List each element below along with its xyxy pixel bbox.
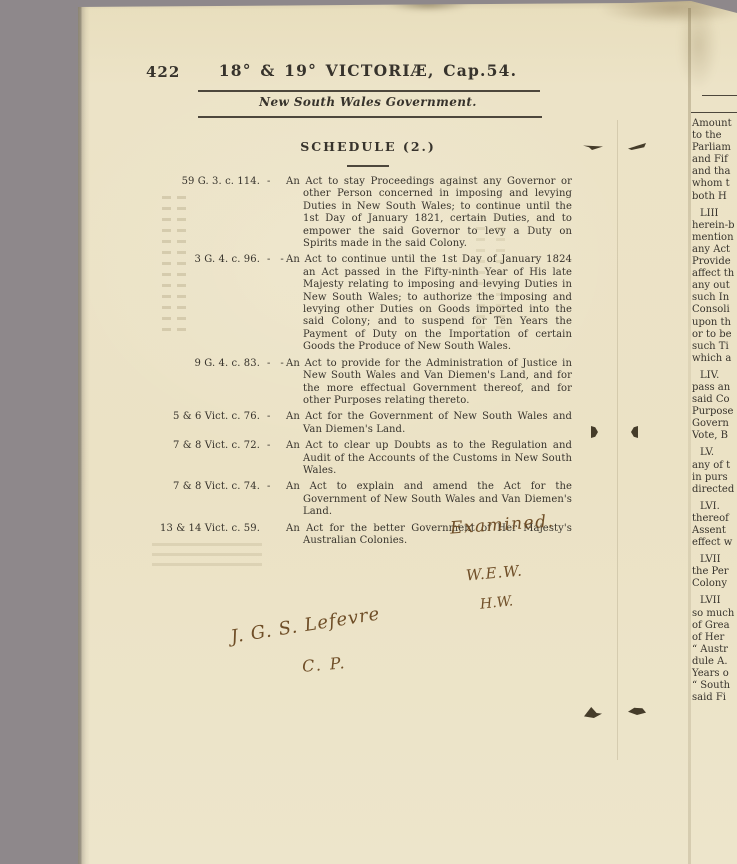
adjacent-page-line: such Ti [692, 341, 737, 353]
handwritten-initials: W.E.W. [465, 562, 523, 585]
act-citation: 7 & 8 Vict. c. 74. [158, 481, 260, 518]
adjacent-page-line: “ South [692, 680, 737, 692]
act-description: An Act to clear up Doubts as to the Regu… [286, 440, 572, 477]
adjacent-page-line: mention [692, 232, 737, 244]
horizontal-rule [691, 112, 737, 113]
handwritten-signature-title: C. P. [301, 653, 347, 676]
adjacent-page-paragraph: LVI.thereofAssenteffect w [692, 501, 737, 549]
adjacent-page-line: of Grea [692, 620, 737, 632]
adjacent-page-line: LV. [692, 447, 737, 459]
adjacent-page-line: pass an [692, 382, 737, 394]
citation-dash: - [260, 411, 286, 436]
handwritten-initials: H.W. [479, 593, 514, 612]
adjacent-page-line: LIV. [692, 370, 737, 382]
document-page: 422 18° & 19° VICTORIÆ, Cap.54. New Sout… [78, 0, 737, 864]
adjacent-page-line: any Act [692, 244, 737, 256]
adjacent-page-line: LVII [692, 554, 737, 566]
top-edge-smudge [386, 0, 470, 11]
act-citation: 5 & 6 Vict. c. 76. [158, 411, 260, 436]
act-citation: 9 G. 4. c. 83. [158, 358, 260, 408]
adjacent-page-line: said Fi [692, 692, 737, 704]
running-title: 18° & 19° VICTORIÆ, Cap.54. [219, 61, 517, 80]
adjacent-page-line: so much [692, 608, 737, 620]
running-subtitle: New South Wales Government. [188, 95, 548, 109]
fold-shadow-smudge [678, 0, 718, 90]
adjacent-page-line: directed [692, 484, 737, 496]
adjacent-page-line: “ Austr [692, 644, 737, 656]
adjacent-page-line: both H [692, 191, 737, 203]
masthead: 18° & 19° VICTORIÆ, Cap.54. [188, 61, 548, 80]
adjacent-page-line: any out [692, 280, 737, 292]
scanned-document: { "page": { "page_number": "422", "runni… [0, 0, 737, 864]
adjacent-page-paragraph: LVIIthe PerColony [692, 554, 737, 590]
adjacent-page-line: LVI. [692, 501, 737, 513]
handwritten-signature: J. G. S. Lefevre [229, 603, 381, 647]
adjacent-page-paragraph: LVIIso muchof Greaof Her“ Austrdule A.Ye… [692, 595, 737, 704]
citation-dash [260, 523, 286, 548]
act-citation: 7 & 8 Vict. c. 72. [158, 440, 260, 477]
schedule-entry: 7 & 8 Vict. c. 72. - An Act to clear up … [158, 440, 572, 477]
act-description: An Act to provide for the Administration… [286, 358, 572, 408]
adjacent-page-paragraph: LIIIherein-bmentionany ActProvideaffect … [692, 208, 737, 365]
horizontal-rule [198, 116, 542, 118]
adjacent-page-line: Consoli [692, 304, 737, 316]
schedule-entry: 5 & 6 Vict. c. 76. - An Act for the Gove… [158, 411, 572, 436]
top-edge-smudge [598, 0, 737, 24]
act-description: An Act to continue until the 1st Day of … [286, 254, 572, 353]
adjacent-page-line: effect w [692, 537, 737, 549]
schedule-entry: 9 G. 4. c. 83. - - An Act to provide for… [158, 358, 572, 408]
citation-dash: - [260, 481, 286, 518]
binding-hole [583, 143, 603, 150]
adjacent-page-line: Assent [692, 525, 737, 537]
citation-dash: - [260, 440, 286, 477]
adjacent-page-line: Colony [692, 578, 737, 590]
act-citation: 13 & 14 Vict. c. 59. [158, 523, 260, 548]
schedule-entry: 59 G. 3. c. 114. - An Act to stay Procee… [158, 176, 572, 250]
adjacent-page-line: Amount [692, 118, 737, 130]
adjacent-page-line: said Co [692, 394, 737, 406]
citation-dash: - [260, 176, 286, 250]
citation-dash: - - [260, 358, 286, 408]
adjacent-page-line: upon th [692, 317, 737, 329]
adjacent-page-line: whom t [692, 178, 737, 190]
adjacent-page-line: LVII [692, 595, 737, 607]
adjacent-page-line: the Per [692, 566, 737, 578]
adjacent-page-line: of Her [692, 632, 737, 644]
adjacent-page-line: in purs [692, 472, 737, 484]
schedule-entry: 7 & 8 Vict. c. 74. - An Act to explain a… [158, 481, 572, 518]
adjacent-page-line: and Fif [692, 154, 737, 166]
horizontal-rule [198, 90, 540, 92]
adjacent-page-line: Vote, B [692, 430, 737, 442]
adjacent-page-line: to the [692, 130, 737, 142]
binding-hole [584, 707, 602, 718]
act-description: An Act for the Government of New South W… [286, 411, 572, 436]
schedule-entry: 3 G. 4. c. 96. - - An Act to continue un… [158, 254, 572, 353]
adjacent-page-fragment: Amountto theParliamand Fifand thawhom tb… [690, 88, 737, 864]
adjacent-page-line: and tha [692, 166, 737, 178]
adjacent-page-line: or to be [692, 329, 737, 341]
adjacent-page-line: dule A. [692, 656, 737, 668]
paper-crease [617, 120, 618, 760]
adjacent-page-line: Govern [692, 418, 737, 430]
adjacent-page-paragraph: LV.any of tin pursdirected [692, 447, 737, 495]
adjacent-page-paragraph: LIV.pass ansaid CoPurposeGovernVote, B [692, 370, 737, 443]
adjacent-page-paragraph: Amountto theParliamand Fifand thawhom tb… [692, 118, 737, 203]
binding-hole [631, 426, 638, 438]
adjacent-page-line: affect th [692, 268, 737, 280]
adjacent-page-line: Provide [692, 256, 737, 268]
act-citation: 59 G. 3. c. 114. [158, 176, 260, 250]
adjacent-page-line: LIII [692, 208, 737, 220]
schedule-heading: SCHEDULE (2.) [188, 139, 548, 154]
adjacent-page-line: such In [692, 292, 737, 304]
binding-hole [591, 426, 598, 438]
adjacent-page-line: Years o [692, 668, 737, 680]
heading-rule [347, 165, 389, 167]
adjacent-page-line: Parliam [692, 142, 737, 154]
adjacent-page-line: which a [692, 353, 737, 365]
horizontal-rule [702, 95, 737, 96]
adjacent-page-line: Purpose [692, 406, 737, 418]
adjacent-page-line: herein-b [692, 220, 737, 232]
citation-dash: - - [260, 254, 286, 353]
adjacent-page-line: thereof [692, 513, 737, 525]
schedule-entries: 59 G. 3. c. 114. - An Act to stay Procee… [158, 176, 572, 551]
act-citation: 3 G. 4. c. 96. [158, 254, 260, 353]
binding-hole [628, 143, 646, 150]
adjacent-page-text: Amountto theParliamand Fifand thawhom tb… [692, 118, 737, 704]
act-description: An Act to stay Proceedings against any G… [286, 176, 572, 250]
binding-hole [628, 707, 646, 715]
adjacent-page-line: any of t [692, 460, 737, 472]
page-number: 422 [146, 63, 180, 81]
